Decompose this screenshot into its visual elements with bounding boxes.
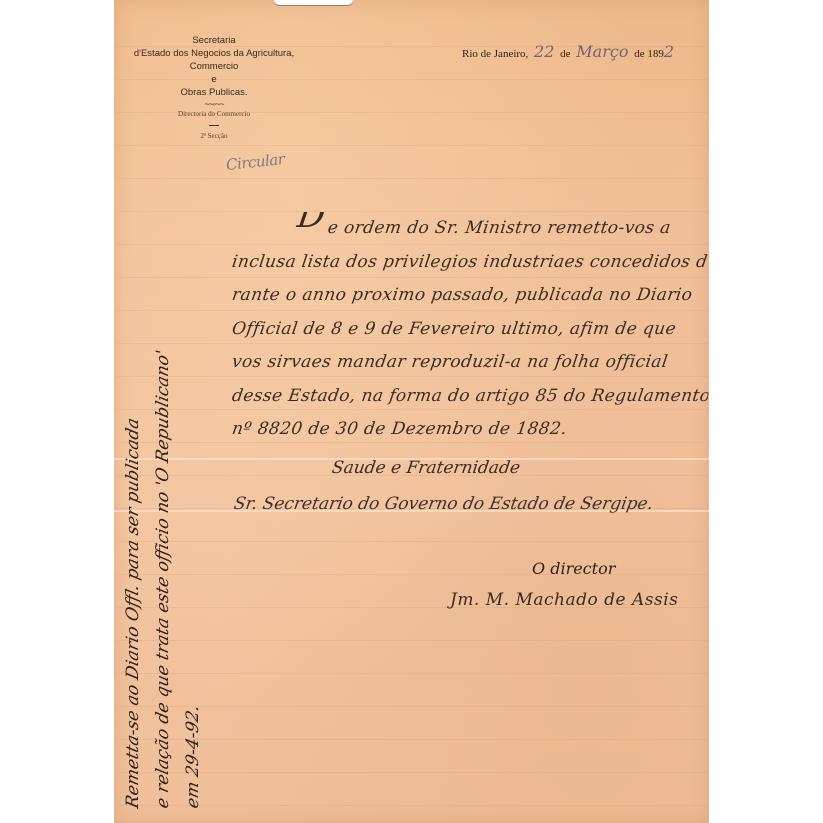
document-viewer: Secretaria d'Estado dos Negocios da Agri… [0, 0, 823, 823]
margin-annotation: Remetta-se ao Diario Offl. para ser publ… [118, 68, 208, 808]
date-de: de [634, 48, 644, 60]
date-year: 189 [647, 48, 664, 60]
torn-edge [274, 0, 354, 5]
drop-initial: D [296, 212, 326, 226]
divider [209, 125, 219, 126]
body-line: Official de 8 e 9 de Fevereiro ultimo, a… [230, 313, 709, 347]
body-line: desse Estado, na forma do artigo 85 do R… [230, 380, 709, 414]
signature-name: Jm. M. Machado de Assis [450, 590, 678, 610]
margin-line: Remetta-se ao Diario Offl. para ser publ… [118, 65, 148, 811]
letterhead-line: d'Estado dos Negocios da Agricultura, [114, 47, 314, 60]
body-line: rante o anno proximo passado, publicada … [230, 279, 709, 313]
margin-line: em 29-4-92. [178, 65, 208, 811]
letterhead-line: Secretaria [114, 34, 314, 47]
margin-line: e relação de que trata este officio no '… [148, 65, 178, 811]
date-month: Março [573, 42, 631, 61]
letter-sheet: Secretaria d'Estado dos Negocios da Agri… [114, 0, 709, 823]
body-line: nº 8820 de 30 de Dezembro de 1882. [230, 413, 709, 447]
date-place: Rio de Janeiro, [462, 48, 528, 60]
date-de: de [560, 48, 570, 60]
body-line: inclusa lista dos privilegios industriae… [230, 246, 709, 280]
signature-title: O director [532, 559, 615, 578]
body-line: vos sirvaes mandar reproduzil-a na folha… [230, 346, 709, 380]
closing-salutation: Saude e Fraternidade [331, 458, 522, 478]
body-line-text: e ordem do Sr. Ministro remetto-vos a [326, 218, 672, 238]
dateline: Rio de Janeiro, 22 de Março de 1892 [462, 42, 674, 61]
letter-body: De ordem do Sr. Ministro remetto-vos a i… [232, 212, 708, 447]
body-line: De ordem do Sr. Ministro remetto-vos a [230, 212, 709, 246]
addressee: Sr. Secretario do Governo do Estado de S… [232, 494, 655, 514]
date-year-digit: 2 [664, 42, 674, 61]
date-day: 22 [531, 42, 557, 61]
